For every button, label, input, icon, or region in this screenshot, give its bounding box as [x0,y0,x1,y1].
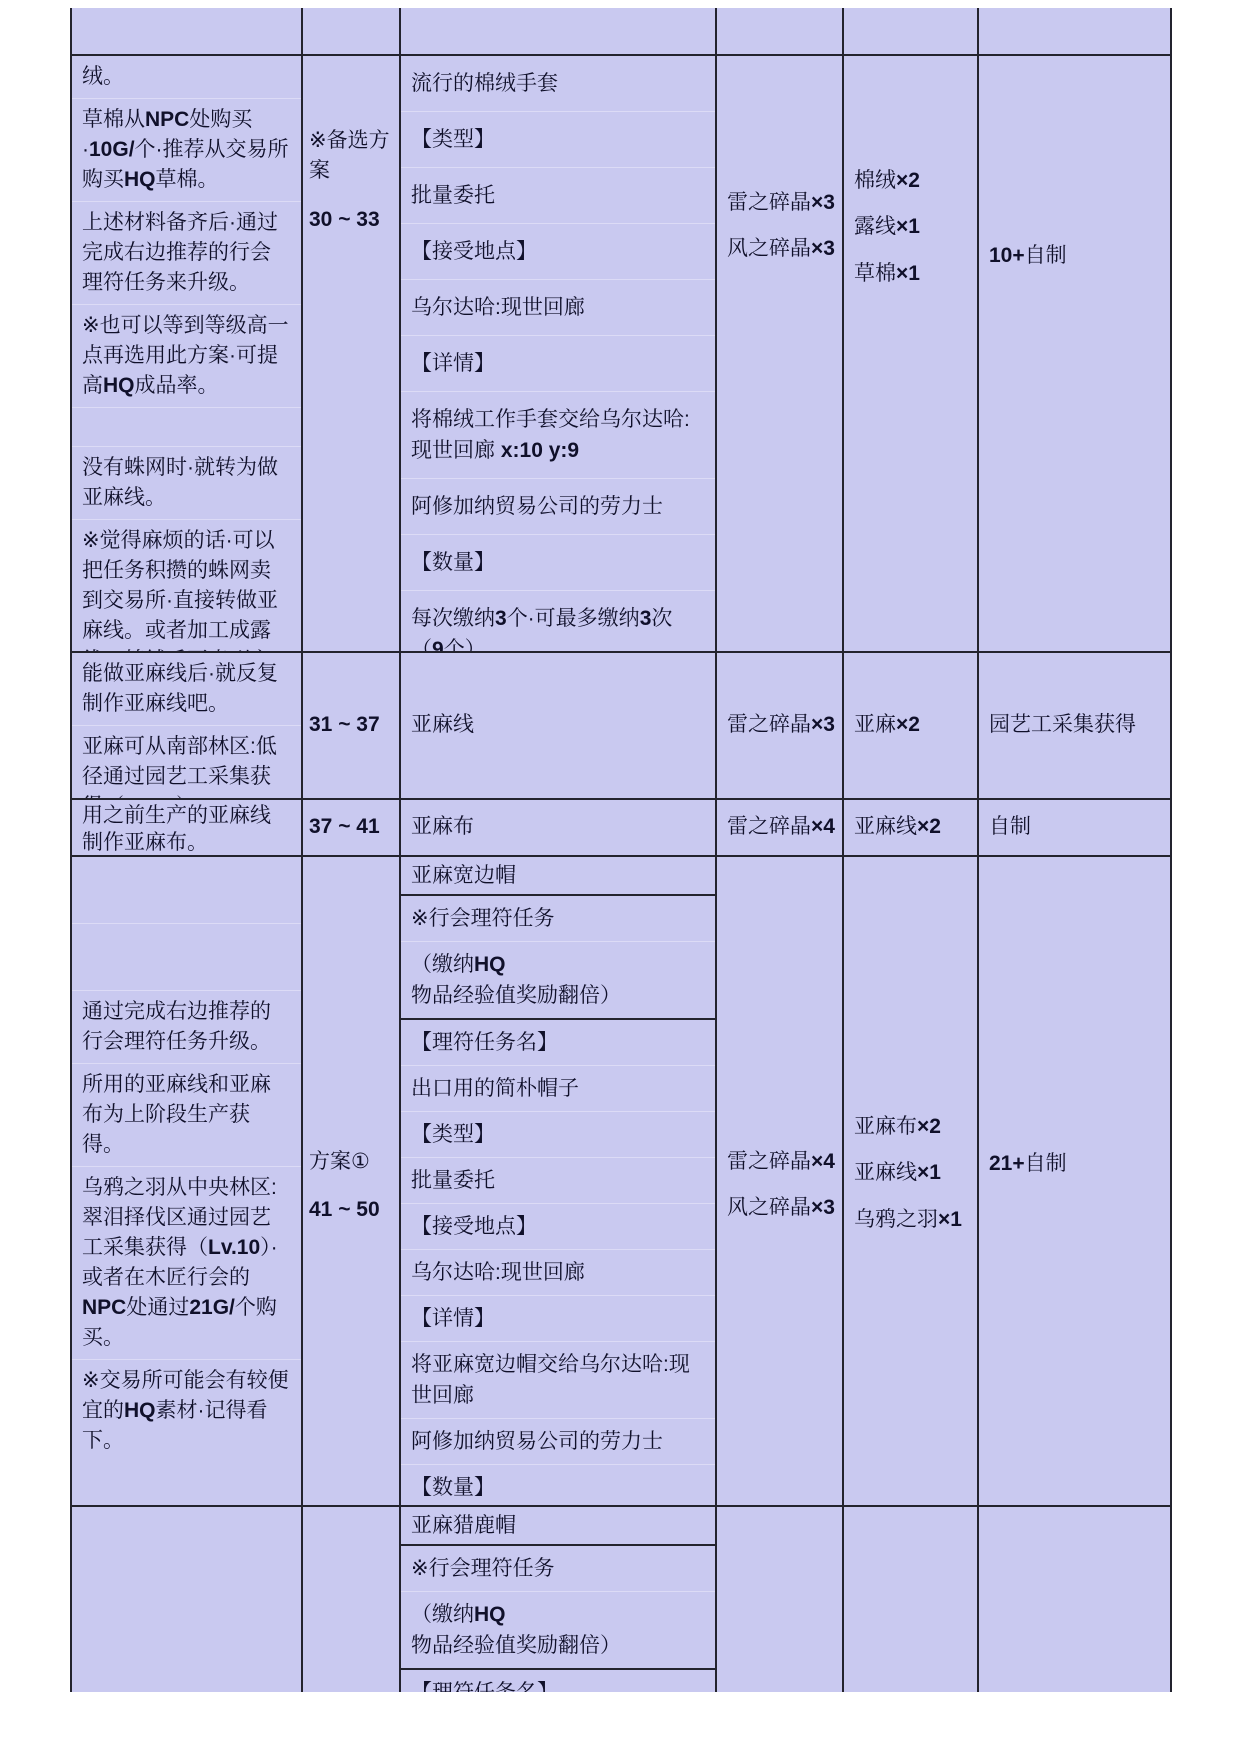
material-item: 亚麻×2 [854,710,977,740]
source-cell: 自制 [979,800,1170,855]
note-paragraph: 能做亚麻线后·就反复制作亚麻线吧。 [72,653,301,726]
note-paragraph: ※觉得麻烦的话·可以把任务积攒的蛛网卖到交易所·直接转做亚麻线。或者加工成露线、… [72,520,301,651]
source-text: 21+自制 [989,1149,1170,1179]
crystal-item: 雷之碎晶×3 [727,188,842,218]
note-paragraph: 亚麻可从南部林区:低径通过园艺工采集获得（Lv.35）。 [72,726,301,798]
note-paragraph: 草棉从NPC处购买·10G/个·推荐从交易所购买HQ草棉。 [72,99,301,202]
note-paragraph: 绒。 [72,56,301,99]
recipe-line: 【理符任务名】 [401,1020,715,1066]
recipe-line: 【接受地点】 [401,224,715,280]
recipe-line: 【详情】 [401,1296,715,1342]
recipe-line: ※行会理符任务 [401,896,715,942]
level-cell: 方案① 41 ~ 50 [303,857,401,1505]
level-cell [303,8,401,54]
recipe-line: 阿修加纳贸易公司的劳力士 [401,479,715,535]
recipe-line: 批量委托 [401,1158,715,1204]
table-row-37-41: 用之前生产的亚麻线制作亚麻布。 37 ~ 41 亚麻布 雷之碎晶×4 亚麻线×2… [72,800,1170,857]
recipe-cell: 流行的棉绒手套 【类型】 批量委托 【接受地点】 乌尔达哈:现世回廊 【详情】 … [401,56,717,651]
recipe-cell: 亚麻线 [401,653,717,798]
crystal-item: 雷之碎晶×4 [727,1147,842,1177]
recipe-line: 乌尔达哈:现世回廊 [401,1250,715,1296]
recipe-cell [401,8,717,54]
notes-cell: 通过完成右边推荐的行会理符任务升级。 所用的亚麻线和亚麻布为上阶段生产获得。 乌… [72,857,303,1505]
note-paragraph: 上述材料备齐后·通过完成右边推荐的行会理符任务来升级。 [72,202,301,305]
crystals-cell [717,1507,844,1692]
level-cell: 37 ~ 41 [303,800,401,855]
recipe-line: 将亚麻宽边帽交给乌尔达哈:现世回廊 [401,1342,715,1419]
crystals-cell: 雷之碎晶×4 风之碎晶×3 [717,857,844,1505]
spacer [72,857,301,924]
crafting-guide-table: 绒。 草棉从NPC处购买·10G/个·推荐从交易所购买HQ草棉。 上述材料备齐后… [70,8,1172,1692]
level-label: ※备选方案 [309,126,393,187]
materials-cell: 亚麻线×2 [844,800,979,855]
notes-cell [72,8,303,54]
materials-cell: 棉绒×2 露线×1 草棉×1 [844,56,979,651]
material-item: 亚麻线×1 [854,1158,977,1188]
source-text: 自制 [989,812,1170,842]
table-row-cutoff [72,8,1170,56]
material-item: 亚麻布×2 [854,1112,977,1142]
page: { "theme": { "table_bg": "#c9c9f0", "bor… [0,0,1239,1754]
recipe-line: 【接受地点】 [401,1204,715,1250]
note-paragraph: 所用的亚麻线和亚麻布为上阶段生产获得。 [72,1064,301,1167]
source-cell [979,8,1170,54]
notes-cell: 用之前生产的亚麻线制作亚麻布。 [72,800,303,855]
recipe-line: 【类型】 [401,1112,715,1158]
level-range: 41 ~ 50 [309,1195,393,1225]
materials-cell: 亚麻布×2 亚麻线×1 乌鸦之羽×1 [844,857,979,1505]
recipe-line: （缴纳HQ物品经验值奖励翻倍） [401,942,715,1020]
source-text: 10+自制 [989,241,1170,271]
material-item: 棉绒×2 [854,166,977,196]
materials-cell [844,1507,979,1692]
material-item: 草棉×1 [854,259,977,289]
level-range: 31 ~ 37 [309,710,393,740]
material-item: 乌鸦之羽×1 [854,1205,977,1235]
source-cell: 园艺工采集获得 [979,653,1170,798]
recipe-line: 亚麻线 [411,710,715,740]
note-paragraph: 通过完成右边推荐的行会理符任务升级。 [72,991,301,1064]
level-cell: 31 ~ 37 [303,653,401,798]
recipe-line: 【数量】 [401,535,715,591]
recipe-line: 批量委托 [401,168,715,224]
notes-cell: 能做亚麻线后·就反复制作亚麻线吧。 亚麻可从南部林区:低径通过园艺工采集获得（L… [72,653,303,798]
recipe-line: （缴纳HQ物品经验值奖励翻倍） [401,1592,715,1670]
note-paragraph: ※也可以等到等级高一点再选用此方案·可提高HQ成品率。 [72,305,301,408]
recipe-line: 【类型】 [401,112,715,168]
recipe-line: 出口用的简朴帽子 [401,1066,715,1112]
recipe-line: 流行的棉绒手套 [401,56,715,112]
recipe-cell: 亚麻猎鹿帽 ※行会理符任务 （缴纳HQ物品经验值奖励翻倍） 【理符任务名】 职员… [401,1507,717,1692]
level-cell: ※备选方案 30 ~ 33 [303,56,401,651]
recipe-line: 乌尔达哈:现世回廊 [401,280,715,336]
recipe-line: ※行会理符任务 [401,1546,715,1592]
recipe-line: 【理符任务名】 [401,1670,715,1692]
crystals-cell: 雷之碎晶×4 [717,800,844,855]
crystals-cell: 雷之碎晶×3 [717,653,844,798]
source-cell [979,1507,1170,1692]
source-cell: 21+自制 [979,857,1170,1505]
table-row-31-37: 能做亚麻线后·就反复制作亚麻线吧。 亚麻可从南部林区:低径通过园艺工采集获得（L… [72,653,1170,800]
notes-cell [72,1507,303,1692]
crystals-cell [717,8,844,54]
materials-cell [844,8,979,54]
level-range: 37 ~ 41 [309,812,393,842]
spacer [72,924,301,991]
table-row-plan-30-33: 绒。 草棉从NPC处购买·10G/个·推荐从交易所购买HQ草棉。 上述材料备齐后… [72,56,1170,653]
crystal-item: 雷之碎晶×3 [727,710,842,740]
recipe-cell: 亚麻宽边帽 ※行会理符任务 （缴纳HQ物品经验值奖励翻倍） 【理符任务名】 出口… [401,857,717,1505]
crystal-item: 风之碎晶×3 [727,1193,842,1223]
recipe-line: 亚麻布 [411,812,715,842]
recipe-line: 【数量】 [401,1465,715,1505]
recipe-line: 亚麻宽边帽 [401,857,715,896]
source-text: 园艺工采集获得 [989,710,1170,740]
recipe-line: 【详情】 [401,336,715,392]
level-cell [303,1507,401,1692]
material-item: 露线×1 [854,212,977,242]
crystal-item: 风之碎晶×3 [727,234,842,264]
notes-cell: 绒。 草棉从NPC处购买·10G/个·推荐从交易所购买HQ草棉。 上述材料备齐后… [72,56,303,651]
material-item: 亚麻线×2 [854,812,977,842]
materials-cell: 亚麻×2 [844,653,979,798]
note-paragraph: ※交易所可能会有较便宜的HQ素材·记得看下。 [72,1360,301,1462]
recipe-line: 阿修加纳贸易公司的劳力士 [401,1419,715,1465]
level-range: 30 ~ 33 [309,205,393,235]
spacer [72,408,301,447]
note-paragraph: 乌鸦之羽从中央林区:翠泪择伐区通过园艺工采集获得（Lv.10）·或者在木匠行会的… [72,1167,301,1360]
plan-label: 方案① [309,1147,393,1177]
crystal-item: 雷之碎晶×4 [727,812,842,842]
recipe-line: 亚麻猎鹿帽 [401,1507,715,1546]
source-cell: 10+自制 [979,56,1170,651]
recipe-line: 每次缴纳3个·可最多缴纳3次（9个） [401,591,715,651]
note-paragraph: 没有蛛网时·就转为做亚麻线。 [72,447,301,520]
crystals-cell: 雷之碎晶×3 风之碎晶×3 [717,56,844,651]
table-row-plan-41-50: 通过完成右边推荐的行会理符任务升级。 所用的亚麻线和亚麻布为上阶段生产获得。 乌… [72,857,1170,1507]
table-row-cut-bottom: 亚麻猎鹿帽 ※行会理符任务 （缴纳HQ物品经验值奖励翻倍） 【理符任务名】 职员… [72,1507,1170,1692]
recipe-cell: 亚麻布 [401,800,717,855]
recipe-line: 将棉绒工作手套交给乌尔达哈:现世回廊 x:10 y:9 [401,392,715,479]
note-paragraph: 用之前生产的亚麻线制作亚麻布。 [72,800,301,855]
